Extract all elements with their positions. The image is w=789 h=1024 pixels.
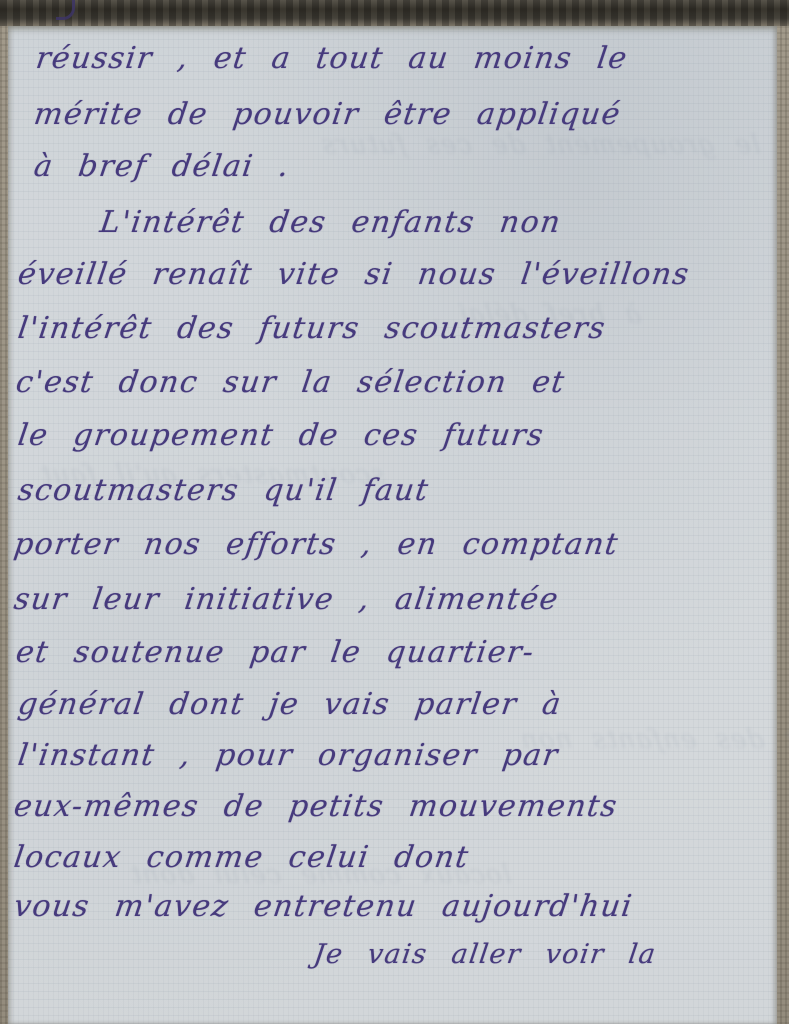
handwriting-line: l'instant , pour organiser par — [16, 741, 561, 771]
handwriting-line: scoutmasters qu'il faut — [16, 476, 431, 506]
handwriting-line: l'intérêt des futurs scoutmasters — [16, 314, 608, 344]
handwriting-line: porter nos efforts , en comptant — [12, 530, 621, 560]
scanned-letter-page: le groupement de ces futurs à bref délai… — [0, 0, 789, 1024]
handwriting-line: vous m'avez entretenu aujourd'hui — [12, 892, 635, 922]
handwriting-line closing-line: Je vais aller voir la — [312, 941, 658, 968]
handwriting-line: locaux comme celui dont — [12, 843, 471, 873]
handwriting-line paragraph-start: L'intérêt des enfants non — [98, 208, 563, 238]
handwriting-line: à bref délai . — [32, 152, 292, 182]
handwriting-line: le groupement de ces futurs — [16, 421, 546, 451]
ink-bleedthrough-mark: le groupement de ces futurs — [378, 130, 762, 160]
handwriting-line: général dont je vais parler à — [16, 690, 564, 720]
handwriting-line: et soutenue par le quartier- — [14, 638, 537, 668]
handwriting-line: éveillé renaît vite si nous l'éveillons — [16, 260, 692, 290]
handwriting-line: eux-mêmes de petits mouvements — [12, 792, 620, 822]
handwriting-line: sur leur initiative , alimentée — [12, 585, 561, 615]
handwriting-line: c'est donc sur la sélection et — [14, 368, 567, 398]
handwriting-line: mérite de pouvoir être appliqué — [32, 100, 623, 130]
handwriting-line: réussir , et a tout au moins le — [34, 44, 630, 74]
scan-top-band — [0, 0, 789, 26]
